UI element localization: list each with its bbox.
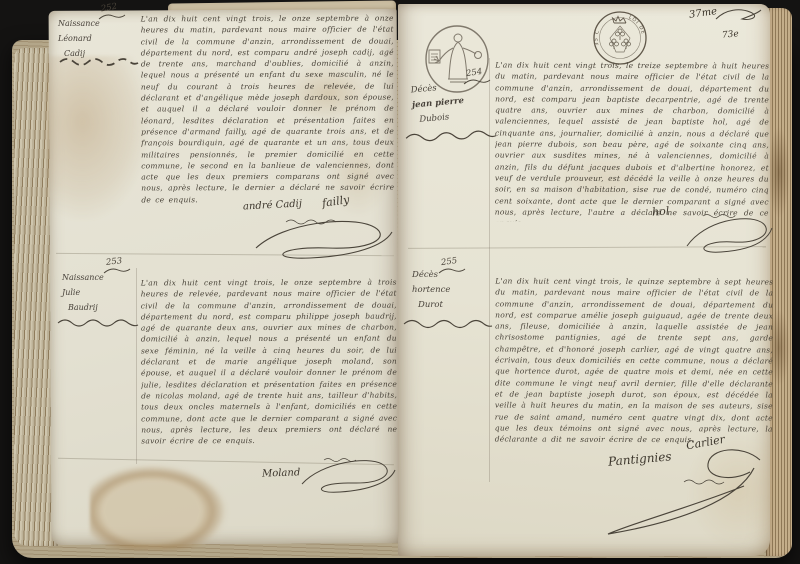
record-body: L'an dix huit cent vingt trois, le treiz… xyxy=(495,60,770,223)
mayor-paraph-signature-icon xyxy=(250,212,398,262)
margin-note-name: hortence xyxy=(412,283,492,298)
mayor-paraph-signature-icon xyxy=(592,440,780,548)
margin-flourish-icon xyxy=(56,316,140,328)
margin-note-category: Naissance xyxy=(62,270,148,285)
margin-flourish-icon xyxy=(402,316,494,330)
margin-note-category: Décès xyxy=(412,268,492,283)
margin-note-name: Julie xyxy=(62,285,148,300)
mayor-paraph-signature-icon xyxy=(683,208,775,260)
fiscal-stamp-icon: 35 C LOI DE xyxy=(591,9,649,67)
fiscal-stamp-text-left: 35 C xyxy=(593,29,601,46)
margin-note: Décès hortence Durot xyxy=(412,268,492,313)
register-photo: 252 Naissance Léonard Cadij L'an dix hui… xyxy=(0,0,800,564)
signature: hol xyxy=(652,204,670,218)
margin-flourish-icon xyxy=(58,55,140,67)
signature: Moland xyxy=(262,467,301,479)
margin-note-name: Durot xyxy=(412,298,492,313)
svg-text:35 C: 35 C xyxy=(593,29,601,46)
mayor-paraph-signature-icon xyxy=(298,452,398,496)
margin-note-category: Naissance xyxy=(58,16,144,31)
margin-note-name: Léonard xyxy=(58,31,144,46)
folio-number-secondary: 73e xyxy=(722,29,740,40)
margin-note: Naissance Julie Baudrij xyxy=(62,270,148,315)
record-body: L'an dix huit cent vingt trois, le onze … xyxy=(141,13,395,212)
margin-note: Décès jean pierre Dubois xyxy=(410,77,494,129)
folio-paraph-icon xyxy=(714,6,762,24)
record-body: L'an dix huit cent vingt trois, le onze … xyxy=(141,277,398,462)
margin-note-name: Baudrij xyxy=(62,300,148,315)
record-body: L'an dix huit cent vingt trois, le quinz… xyxy=(495,276,774,451)
